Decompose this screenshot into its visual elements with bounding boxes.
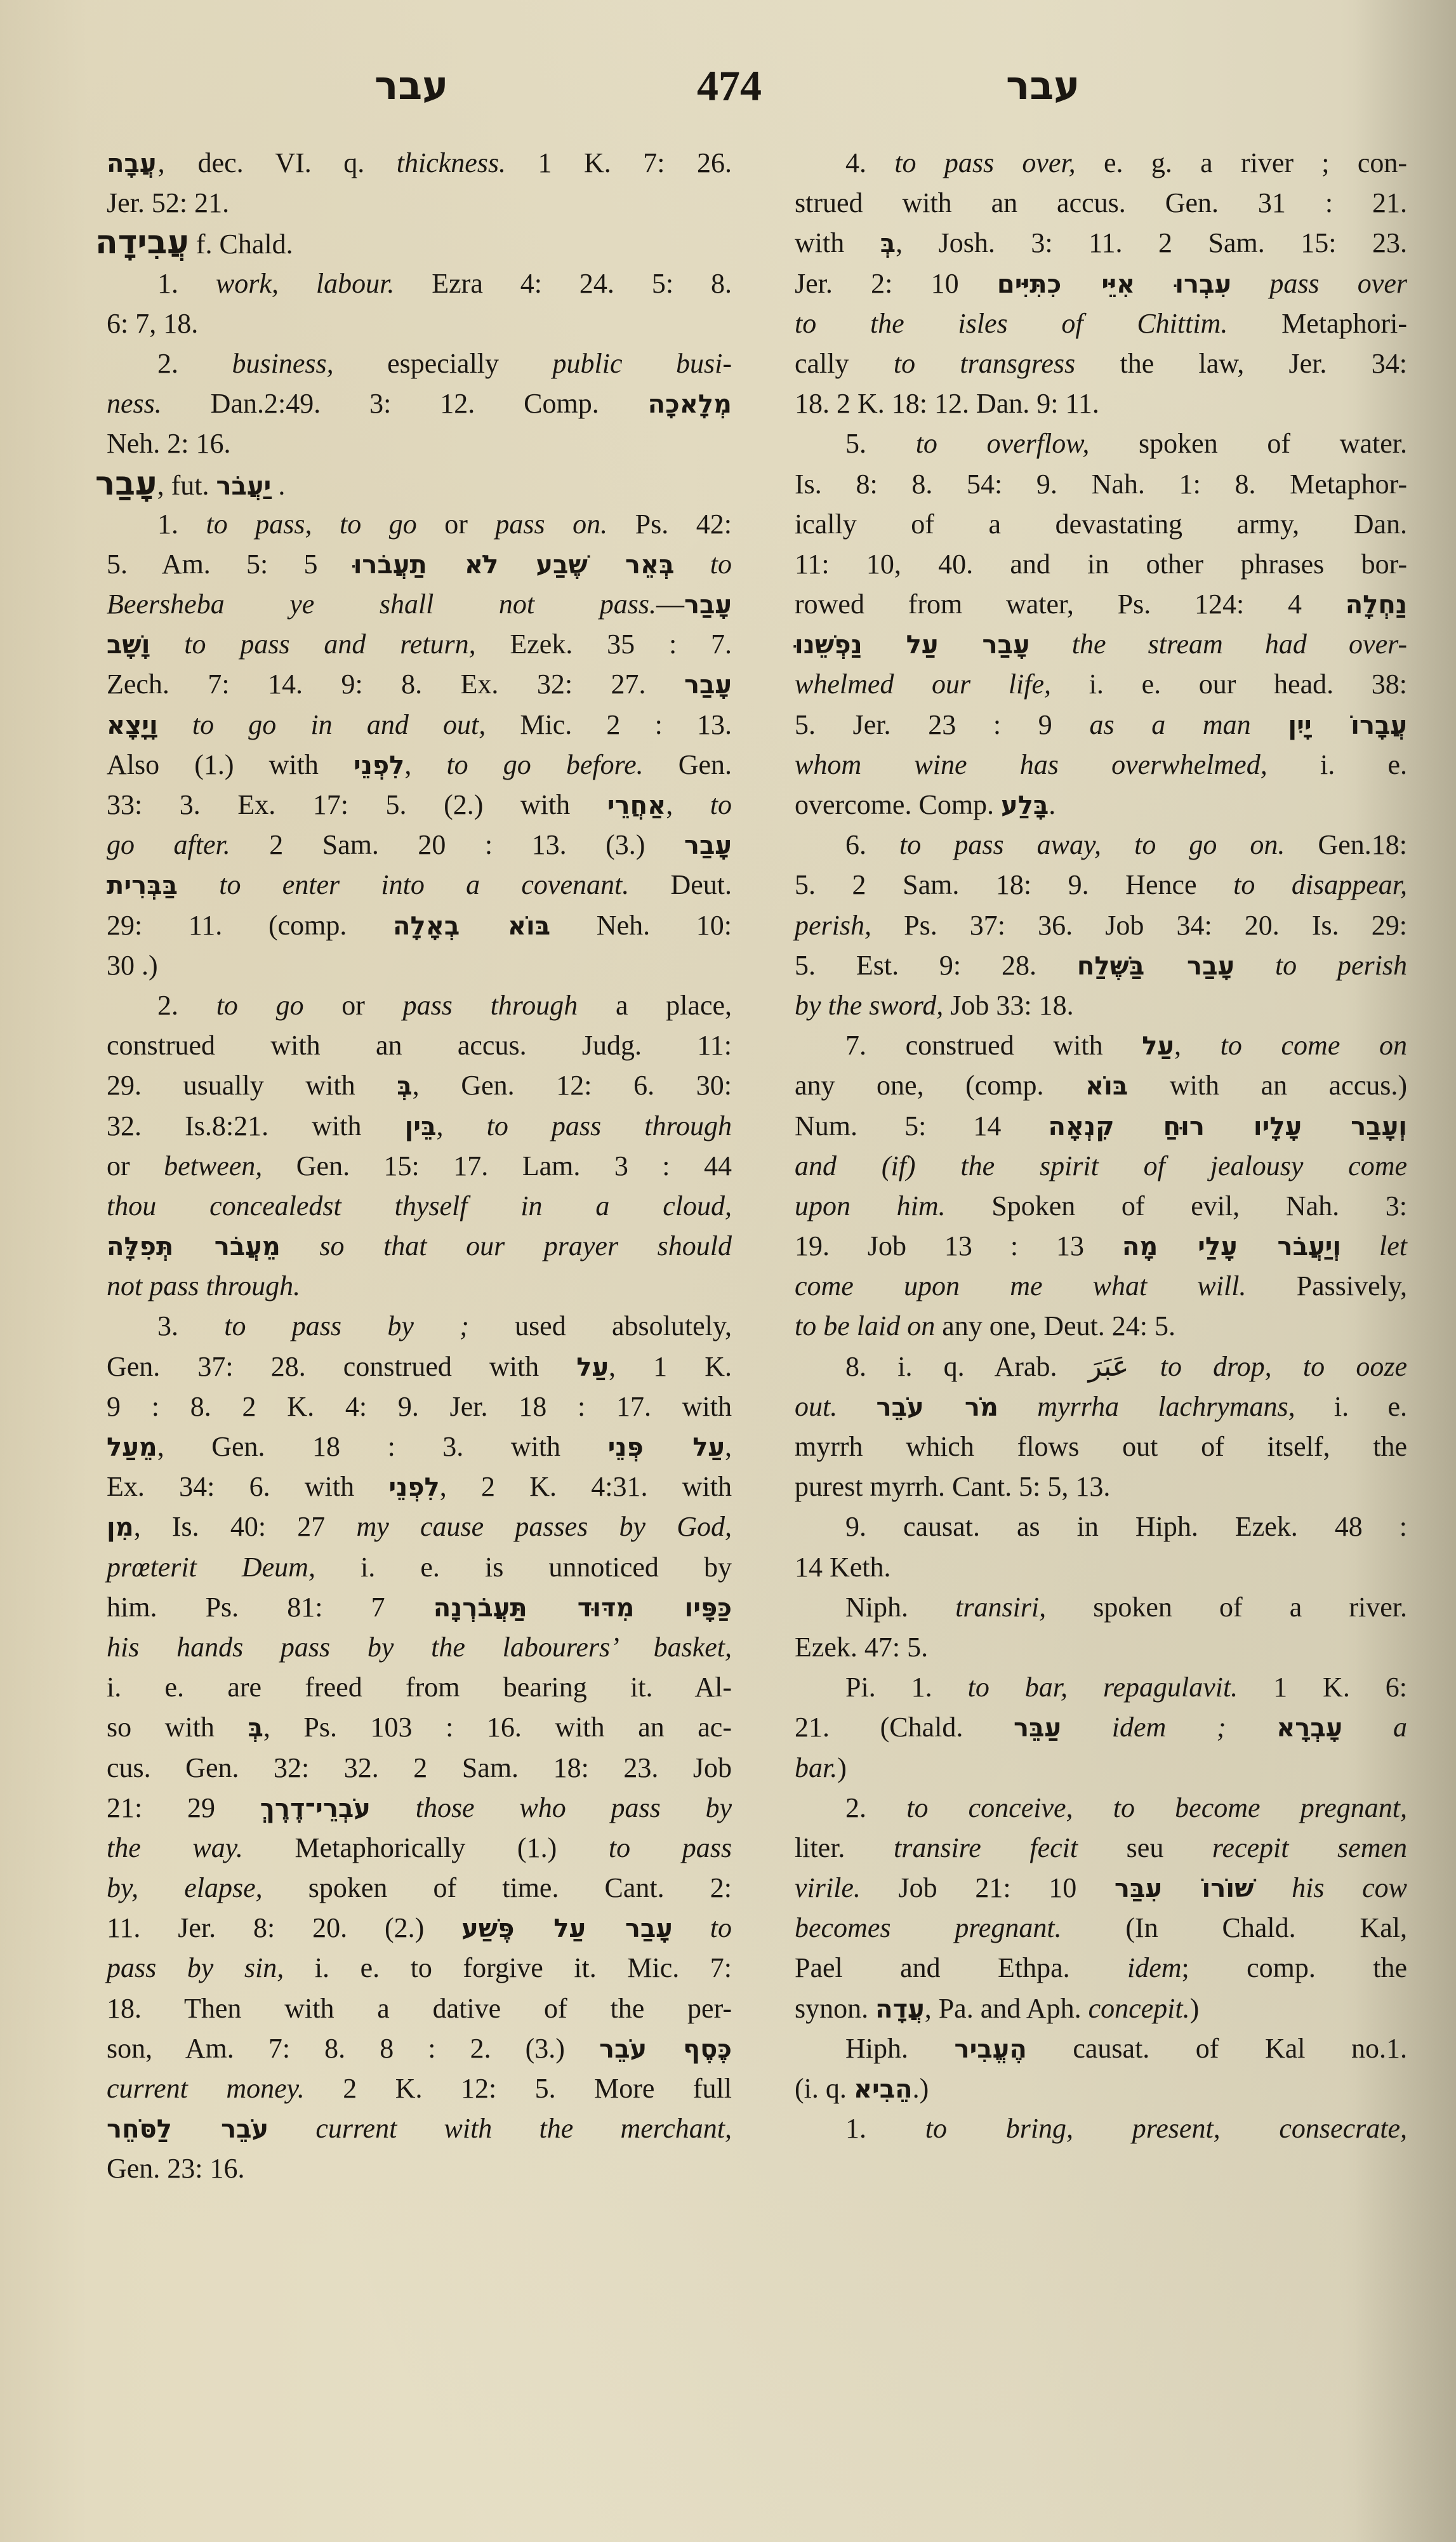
text-line: 29: 11. (comp. בּוֹא בְאָלָה Neh. 10: [107, 905, 732, 945]
body-text: Ezek. 47: 5. [795, 1632, 928, 1663]
body-text [1226, 1712, 1277, 1743]
text-line: go after. 2 Sam. 20 : 13. (3.) עָבַר [107, 825, 732, 865]
body-text: 11. Jer. 8: 20. (2.) [107, 1912, 461, 1943]
text-line: or between, Gen. 15: 17. Lam. 3 : 44 [107, 1146, 732, 1186]
body-text: , [725, 1431, 732, 1462]
body-text: , 2 K. 4:31. with [440, 1471, 732, 1502]
italic-gloss: to [675, 549, 732, 580]
body-text: 32. Is.8:21. with [107, 1110, 405, 1141]
body-text: any one, (comp. [795, 1070, 1085, 1101]
italic-gloss: to bar, repagulavit. [968, 1672, 1238, 1703]
arabic-text: عَبَرَ [1089, 1350, 1129, 1383]
body-text: , 1 K. [609, 1351, 732, 1382]
text-line: Is. 8: 8. 54: 9. Nah. 1: 8. Metaphor- [795, 464, 1407, 504]
text-line: בַּבְּרִית to enter into a covenant. Deu… [107, 865, 732, 905]
text-line: purest myrrh. Cant. 5: 5, 13. [795, 1467, 1407, 1507]
text-line: וָשָׁב to pass and return, Ezek. 35 : 7. [107, 624, 732, 664]
body-text: . [1049, 789, 1056, 820]
hebrew-text: עֲבָה [107, 149, 156, 178]
italic-gloss: go after. [107, 829, 230, 860]
italic-gloss: recepit semen [1212, 1832, 1407, 1863]
italic-gloss: Beersheba ye shall not pass. [107, 589, 656, 620]
body-text: Neh. 10: [550, 910, 732, 941]
hebrew-text: הֵבִיא [854, 2075, 913, 2104]
hebrew-text: מֹר עֹבֵר [877, 1393, 998, 1422]
body-text: 6: 7, 18. [107, 308, 198, 339]
text-line: 2. to go or pass through a place, [107, 985, 732, 1025]
hebrew-text: מְלָאכָה [648, 390, 732, 419]
italic-gloss: whom wine has overwhelmed, [795, 749, 1267, 780]
body-text: 1 K. 7: 26. [506, 147, 732, 178]
body-text: construed with an accus. Judg. 11: [107, 1030, 732, 1061]
text-line: וָיָצָא to go in and out, Mic. 2 : 13. [107, 705, 732, 745]
page-header: עבר 474 עבר [0, 60, 1456, 111]
body-text: i. e. our head. 38: [1051, 669, 1407, 700]
body-text: , Josh. 3: 11. 2 Sam. 15: 23. [896, 227, 1407, 258]
body-text: liter. [795, 1832, 894, 1863]
text-line: Ezek. 47: 5. [795, 1627, 1407, 1667]
hebrew-text: נַחְלָה [1346, 590, 1407, 620]
text-line: construed with an accus. Judg. 11: [107, 1025, 732, 1065]
body-text: Deut. [629, 869, 732, 900]
body-text: Num. 5: 14 [795, 1110, 1048, 1141]
italic-gloss: thou concealedst thyself in a cloud, [107, 1190, 732, 1221]
running-head-left: עבר [374, 60, 448, 111]
body-text: 5. Jer. 23 : 9 [795, 709, 1089, 740]
italic-gloss: whelmed our life, [795, 669, 1051, 700]
text-line: 1. to bring, present, consecrate, [795, 2108, 1407, 2148]
text-line: whelmed our life, i. e. our head. 38: [795, 664, 1407, 704]
body-text: i. e. to forgive it. Mic. 7: [284, 1952, 732, 1983]
hebrew-text: בְּאֵר שֶׁבַע לֹא תַעֲבֹרוּ [354, 550, 675, 580]
body-text: 18. Then with a dative of the per- [107, 1993, 732, 2024]
page-number: 474 [697, 60, 762, 111]
text-line: 2. to conceive, to become pregnant, [795, 1788, 1407, 1828]
text-line: so with בְּ, Ps. 103 : 16. with an ac- [107, 1707, 732, 1747]
body-text: Spoken of evil, Nah. 3: [946, 1190, 1407, 1221]
body-text: synon. [795, 1993, 875, 2024]
body-text: spoken of water. [1089, 428, 1407, 459]
italic-gloss: to bring, present, consecrate, [925, 2113, 1407, 2144]
text-line: bar.) [795, 1748, 1407, 1788]
italic-gloss: current money. [107, 2073, 305, 2104]
italic-gloss: by the sword, [795, 990, 943, 1021]
body-text: i. e. is unnoticed by [315, 1552, 732, 1583]
body-text: (In Chald. Kal, [1062, 1912, 1407, 1943]
hebrew-text: עָבְרָא [1276, 1714, 1342, 1743]
text-line: 1. to pass, to go or pass on. Ps. 42: [107, 504, 732, 544]
body-text: , Is. 40: 27 [134, 1511, 357, 1542]
body-text: Gen. 23: 16. [107, 2153, 245, 2184]
body-text: Neh. 2: 16. [107, 428, 231, 459]
text-line: Ex. 34: 6. with לִפְנֵי, 2 K. 4:31. with [107, 1467, 732, 1507]
body-text: with [795, 227, 880, 258]
text-line: prœterit Deum, i. e. is unnoticed by [107, 1547, 732, 1587]
text-line: 4. to pass over, e. g. a river ; con- [795, 143, 1407, 183]
text-line: with בְּ, Josh. 3: 11. 2 Sam. 15: 23. [795, 223, 1407, 263]
italic-gloss: so that our prayer should [281, 1230, 732, 1261]
text-line: myrrh which flows out of itself, the [795, 1427, 1407, 1467]
body-text: Niph. [845, 1592, 955, 1623]
hebrew-text: עֲבָרוֹ יָיִן [1288, 711, 1407, 740]
text-line: overcome. Comp. בָּלַע. [795, 785, 1407, 825]
body-text: ically of a devastating army, Dan. [795, 509, 1407, 540]
text-line: Pi. 1. to bar, repagulavit. 1 K. 6: [795, 1667, 1407, 1707]
text-line: Neh. 2: 16. [107, 423, 732, 463]
hebrew-text: וָשָׁב [107, 630, 150, 660]
text-line: 11: 10, 40. and in other phrases bor- [795, 544, 1407, 584]
text-line: Jer. 52: 21. [107, 183, 732, 223]
text-line: Num. 5: 14 וְעָבַר עָלָיו רוּחַ קִנְאָה [795, 1106, 1407, 1146]
body-text: Gen. 37: 28. construed with [107, 1351, 576, 1382]
body-text: Jer. 52: 21. [107, 187, 229, 218]
italic-gloss: bar. [795, 1752, 837, 1783]
body-text: Jer. 2: 10 [795, 268, 997, 299]
hebrew-text: אַחֲרֵי [607, 791, 666, 820]
body-text: Ex. 34: 6. with [107, 1471, 388, 1502]
body-text: 18. 2 K. 18: 12. Dan. 9: 11. [795, 388, 1099, 419]
body-text: overcome. Comp. [795, 789, 1001, 820]
hebrew-text: כַּפָּיו מִדּוּד תַּעֲבֹרְנָה [433, 1594, 732, 1623]
text-line: whom wine has overwhelmed, i. e. [795, 745, 1407, 785]
body-text: 2 Sam. 20 : 13. (3.) [230, 829, 684, 860]
italic-gloss: let [1341, 1230, 1407, 1261]
text-line: 19. Job 13 : 13 וְיַעֲבֹר עָלַי מָה let [795, 1226, 1407, 1266]
hebrew-text: הֶעֱבִיר [955, 2035, 1027, 2064]
text-line: to the isles of Chittim. Metaphori- [795, 303, 1407, 343]
italic-gloss: to pass [609, 1832, 732, 1863]
hebrew-text: עֲדָה [875, 1995, 925, 2024]
hebrew-text: מִן [107, 1513, 134, 1542]
italic-gloss: to go in and out, [158, 709, 486, 740]
body-text: Hiph. [845, 2033, 955, 2064]
italic-gloss: concepit. [1089, 1993, 1190, 2024]
body-text: , fut. [157, 470, 216, 501]
hebrew-text: לִפְנֵי [354, 751, 404, 780]
body-text: Pael and Ethpa. [795, 1952, 1127, 1983]
text-line: 18. 2 K. 18: 12. Dan. 9: 11. [795, 383, 1407, 423]
hebrew-text: עָבַר [95, 465, 157, 503]
hebrew-text: עָבַר עַל פֶּשַׁע [461, 1914, 673, 1943]
hebrew-text: עֲבִידָה [95, 223, 189, 262]
italic-gloss: the way. [107, 1832, 243, 1863]
body-text: 1. [157, 268, 216, 299]
body-text: Passively, [1246, 1270, 1407, 1301]
hebrew-text: לִפְנֵי [388, 1473, 439, 1502]
body-text: f. Chald. [189, 229, 293, 260]
italic-gloss: to be laid on [795, 1310, 935, 1341]
body-text: 4. [845, 147, 894, 178]
body-text: 1 K. 6: [1238, 1672, 1407, 1703]
right-column: 4. to pass over, e. g. a river ; con-str… [795, 143, 1407, 2148]
body-text: myrrh which flows out of itself, the [795, 1431, 1407, 1462]
body-text: Is. 8: 8. 54: 9. Nah. 1: 8. Metaphor- [795, 469, 1407, 500]
body-text: 1. [845, 2113, 925, 2144]
hebrew-text: וָיָצָא [107, 711, 158, 740]
body-text: causat. of Kal no.1. [1027, 2033, 1407, 2064]
text-line: Pael and Ethpa. idem; comp. the [795, 1948, 1407, 1988]
italic-gloss: pass through [403, 990, 578, 1021]
body-text: , Gen. 12: 6. 30: [413, 1070, 732, 1101]
body-text: 5. 2 Sam. 18: 9. Hence [795, 869, 1233, 900]
italic-gloss: as a man [1089, 709, 1250, 740]
running-head-right: עבר [1006, 60, 1080, 111]
left-column: עֲבָה‚ dec. VI. q. thickness. 1 K. 7: 26… [107, 143, 732, 2189]
italic-gloss: public busi- [553, 348, 732, 379]
hebrew-text: כֶּסֶף עֹבֵר [599, 2035, 732, 2064]
text-line: 6. to pass away, to go on. Gen.18: [795, 825, 1407, 865]
body-text: 5. Est. 9: 28. [795, 950, 1077, 981]
body-text: 2. [157, 348, 232, 379]
italic-gloss: to pass over, [894, 147, 1075, 178]
body-text: 9. causat. as in Hiph. Ezek. 48 : [845, 1511, 1407, 1542]
italic-gloss: to conceive, to become pregnant, [906, 1792, 1407, 1823]
body-text: ) [1190, 1993, 1200, 2024]
italic-gloss: thickness. [397, 147, 506, 178]
italic-gloss: transire fecit [894, 1832, 1078, 1863]
italic-gloss: to pass by ; [224, 1310, 469, 1341]
italic-gloss: becomes pregnant. [795, 1912, 1062, 1943]
body-text: , [436, 1110, 486, 1141]
italic-gloss: and (if) the spirit of jealousy come [795, 1150, 1407, 1181]
body-text: 29: 11. (comp. [107, 910, 393, 941]
italic-gloss: to go before. [446, 749, 643, 780]
italic-gloss: his hands pass by the labourers’ basket, [107, 1632, 732, 1663]
text-line: out. מֹר עֹבֵר myrrha lachrymans, i. e. [795, 1387, 1407, 1427]
text-line: perish, Ps. 37: 36. Job 34: 20. Is. 29: [795, 905, 1407, 945]
italic-gloss: his cow [1254, 1872, 1407, 1903]
body-text: Metaphori- [1228, 308, 1407, 339]
text-line: current money. 2 K. 12: 5. More full [107, 2068, 732, 2108]
italic-gloss: come upon me what will. [795, 1270, 1246, 1301]
body-text: seu [1078, 1832, 1212, 1863]
body-text: , [1174, 1030, 1221, 1061]
text-line: Niph. transiri, spoken of a river. [795, 1587, 1407, 1627]
text-line: synon. עֲדָה, Pa. and Aph. concepit.) [795, 1988, 1407, 2028]
text-line: Zech. 7: 14. 9: 8. Ex. 32: 27. עָבַר [107, 664, 732, 704]
text-line: 33: 3. Ex. 17: 5. (2.) with אַחֲרֵי, to [107, 785, 732, 825]
body-text: Mic. 2 : 13. [486, 709, 732, 740]
text-line: by the sword, Job 33: 18. [795, 985, 1407, 1025]
text-line: מֵעַל, Gen. 18 : 3. with עַל פְּנֵי, [107, 1427, 732, 1467]
italic-gloss: the stream had over- [1030, 629, 1407, 660]
italic-gloss: to the isles of Chittim. [795, 308, 1228, 339]
italic-gloss: to go [216, 990, 304, 1021]
body-text: Ezra 4: 24. 5: 8. [394, 268, 732, 299]
text-line: son, Am. 7: 8. 8 : 2. (3.) כֶּסֶף עֹבֵר [107, 2028, 732, 2068]
hebrew-text: שׁוֹרוֹ עִבַּר [1115, 1874, 1254, 1903]
body-text: . [271, 470, 285, 501]
hebrew-text: עֹבְרֵי־דֶרֶךְ [260, 1794, 371, 1823]
body-text [837, 1391, 876, 1422]
body-text: 7. construed with [845, 1030, 1142, 1061]
text-line: 5. Am. 5: 5 בְּאֵר שֶׁבַע לֹא תַעֲבֹרוּ … [107, 544, 732, 584]
text-line: עֹבֵר לַסֹּחֵר current with the merchant… [107, 2108, 732, 2148]
text-line: Jer. 2: 10 עִבְרוּ אִיֵּי כִתִּיִּים pas… [795, 263, 1407, 303]
text-line: cally to transgress the law, Jer. 34: [795, 343, 1407, 383]
text-line: Also (1.) with לִפְנֵי, to go before. Ge… [107, 745, 732, 785]
italic-gloss: to come on [1221, 1030, 1407, 1061]
text-line: 5. Est. 9: 28. עָבַר בַּשֶּׁלַח to peris… [795, 945, 1407, 985]
body-text: the law, Jer. 34: [1075, 348, 1407, 379]
hebrew-text: בָּלַע [1001, 791, 1049, 820]
body-text: spoken of time. Cant. 2: [263, 1872, 732, 1903]
italic-gloss: work, labour. [216, 268, 394, 299]
text-line: עֲבִידָה f. Chald. [95, 223, 732, 263]
body-text: 8. i. q. Arab. [845, 1351, 1089, 1382]
body-text: 19. Job 13 : 13 [795, 1230, 1122, 1261]
body-text: 5. Am. 5: 5 [107, 549, 354, 580]
body-text: i. e. [1295, 1391, 1407, 1422]
hebrew-text: עָבַר [684, 590, 732, 620]
text-line: any one, (comp. בּוֹא with an accus.) [795, 1065, 1407, 1105]
italic-gloss: transiri, [955, 1592, 1046, 1623]
text-line: the way. Metaphorically (1.) to pass [107, 1828, 732, 1868]
hebrew-text: יַעֲבֹר [216, 472, 271, 501]
hebrew-text: וְיַעֲבֹר עָלַי מָה [1122, 1232, 1341, 1261]
italic-gloss: to [673, 1912, 732, 1943]
text-line: and (if) the spirit of jealousy come [795, 1146, 1407, 1186]
hebrew-text: וְעָבַר עָלָיו רוּחַ קִנְאָה [1048, 1112, 1407, 1141]
hebrew-text: עָבַר [684, 670, 732, 700]
text-line: 9. causat. as in Hiph. Ezek. 48 : [795, 1507, 1407, 1547]
body-text: or [304, 990, 403, 1021]
italic-gloss: my cause passes by God, [357, 1511, 732, 1542]
body-text: especially [334, 348, 553, 379]
italic-gloss: to enter into a covenant. [178, 869, 629, 900]
body-text: him. Ps. 81: 7 [107, 1592, 433, 1623]
body-text: — [656, 589, 684, 620]
body-text: Gen. 15: 17. Lam. 3 : 44 [262, 1150, 732, 1181]
body-text: , [666, 789, 710, 820]
body-text: e. g. a river ; con- [1076, 147, 1407, 178]
text-line: מֵעֲבֹר תְּפִלָּה so that our prayer sho… [107, 1226, 732, 1266]
text-line: 3. to pass by ; used absolutely, [107, 1306, 732, 1346]
body-text [1251, 709, 1288, 740]
body-text: ) [837, 1752, 847, 1783]
text-line: 2. business, especially public busi- [107, 343, 732, 383]
body-text: spoken of a river. [1046, 1592, 1407, 1623]
body-text: with an accus.) [1128, 1070, 1407, 1101]
text-line: to be laid on any one, Deut. 24: 5. [795, 1306, 1407, 1346]
body-text: Also (1.) with [107, 749, 354, 780]
body-text: or [417, 509, 496, 540]
body-text: Zech. 7: 14. 9: 8. Ex. 32: 27. [107, 669, 684, 700]
italic-gloss: to [710, 789, 732, 820]
body-text: cally [795, 348, 894, 379]
text-line: 8. i. q. Arab. عَبَرَ to drop, to ooze [795, 1347, 1407, 1387]
italic-gloss: to perish [1234, 950, 1407, 981]
body-text: Job 33: 18. [943, 990, 1073, 1021]
text-line: liter. transire fecit seu recepit semen [795, 1828, 1407, 1868]
italic-gloss: pass by sin, [107, 1952, 284, 1983]
text-line: 21: 29 עֹבְרֵי־דֶרֶךְ those who pass by [107, 1788, 732, 1828]
italic-gloss: myrrha lachrymans, [998, 1391, 1295, 1422]
hebrew-text: מֵעֲבֹר תְּפִלָּה [107, 1232, 281, 1261]
hebrew-text: בְּ [880, 229, 896, 258]
text-line: come upon me what will. Passively, [795, 1266, 1407, 1306]
italic-gloss: idem ; [1061, 1712, 1226, 1743]
body-text: a place, [578, 990, 732, 1021]
body-text: 5. [845, 428, 916, 459]
text-line: Hiph. הֶעֱבִיר causat. of Kal no.1. [795, 2028, 1407, 2068]
text-line: by, elapse, spoken of time. Cant. 2: [107, 1868, 732, 1908]
body-text: Ps. 42: [607, 509, 732, 540]
body-text: 3. [157, 1310, 224, 1341]
body-text: 2. [845, 1792, 906, 1823]
text-line: pass by sin, i. e. to forgive it. Mic. 7… [107, 1948, 732, 1988]
body-text: strued with an accus. Gen. 31 : 21. [795, 187, 1407, 218]
body-text: .) [913, 2073, 929, 2104]
body-text: so with [107, 1712, 248, 1743]
hebrew-text: בַּבְּרִית [107, 871, 178, 900]
italic-gloss: business, [232, 348, 334, 379]
italic-gloss: between, [164, 1150, 262, 1181]
italic-gloss: pass on. [495, 509, 607, 540]
hebrew-text: בֵּין [405, 1112, 437, 1141]
italic-gloss: by, elapse, [107, 1872, 263, 1903]
text-line: upon him. Spoken of evil, Nah. 3: [795, 1186, 1407, 1226]
body-text: , Ps. 103 : 16. with an ac- [263, 1712, 732, 1743]
text-line: 29. usually with בְּ, Gen. 12: 6. 30: [107, 1065, 732, 1105]
body-text: 33: 3. Ex. 17: 5. (2.) with [107, 789, 607, 820]
text-line: עָבַר עַל נַפְשֵׁנוּ the stream had over… [795, 624, 1407, 664]
body-text: cus. Gen. 32: 32. 2 Sam. 18: 23. Job [107, 1752, 732, 1783]
italic-gloss: current with the merchant, [268, 2113, 732, 2144]
body-text: , Gen. 18 : 3. with [157, 1431, 608, 1462]
text-line: rowed from water, Ps. 124: 4 נַחְלָה [795, 584, 1407, 624]
text-line: 5. Jer. 23 : 9 as a man עֲבָרוֹ יָיִן [795, 705, 1407, 745]
body-text: rowed from water, Ps. 124: 4 [795, 589, 1346, 620]
body-text: or [107, 1150, 164, 1181]
italic-gloss: to overflow, [916, 428, 1090, 459]
hebrew-text: בּוֹא [1085, 1072, 1128, 1101]
body-text: Gen. [644, 749, 732, 780]
body-text: Pi. 1. [845, 1672, 968, 1703]
hebrew-text: עֹבֵר לַסֹּחֵר [107, 2115, 268, 2144]
body-text: 6. [845, 829, 899, 860]
body-text: 30 .) [107, 950, 158, 981]
body-text: 21. (Chald. [795, 1712, 1014, 1743]
text-line: 14 Keth. [795, 1547, 1407, 1587]
text-line: 32. Is.8:21. with בֵּין, to pass through [107, 1106, 732, 1146]
hebrew-text: עַל פְּנֵי [608, 1433, 725, 1462]
body-text: son, Am. 7: 8. 8 : 2. (3.) [107, 2033, 599, 2064]
body-text: 1. [157, 509, 206, 540]
text-line: him. Ps. 81: 7 כַּפָּיו מִדּוּד תַּעֲבֹר… [107, 1587, 732, 1627]
hebrew-text: בּוֹא בְאָלָה [393, 912, 550, 941]
body-text: 29. usually with [107, 1070, 397, 1101]
hebrew-text: עַל [1142, 1032, 1174, 1061]
text-line: מִן, Is. 40: 27 my cause passes by God, [107, 1507, 732, 1547]
italic-gloss: a [1342, 1712, 1407, 1743]
text-line: 7. construed with עַל, to come on [795, 1025, 1407, 1065]
body-text: 14 Keth. [795, 1552, 891, 1583]
text-line: not pass through. [107, 1266, 732, 1306]
body-text: used absolutely, [469, 1310, 732, 1341]
italic-gloss: to disappear, [1233, 869, 1407, 900]
italic-gloss: to transgress [894, 348, 1075, 379]
italic-gloss: to pass through [487, 1110, 732, 1141]
body-text: purest myrrh. Cant. 5: 5, 13. [795, 1471, 1110, 1502]
body-text: , Pa. and Aph. [925, 1993, 1089, 2024]
italic-gloss: to pass, to go [206, 509, 417, 540]
hebrew-text: עַל [576, 1353, 609, 1382]
hebrew-text: מֵעַל [107, 1433, 157, 1462]
text-line: 5. to overflow, spoken of water. [795, 423, 1407, 463]
text-line: עָבַר, fut. יַעֲבֹר . [95, 464, 732, 504]
text-line: עֲבָה‚ dec. VI. q. thickness. 1 K. 7: 26… [107, 143, 732, 183]
